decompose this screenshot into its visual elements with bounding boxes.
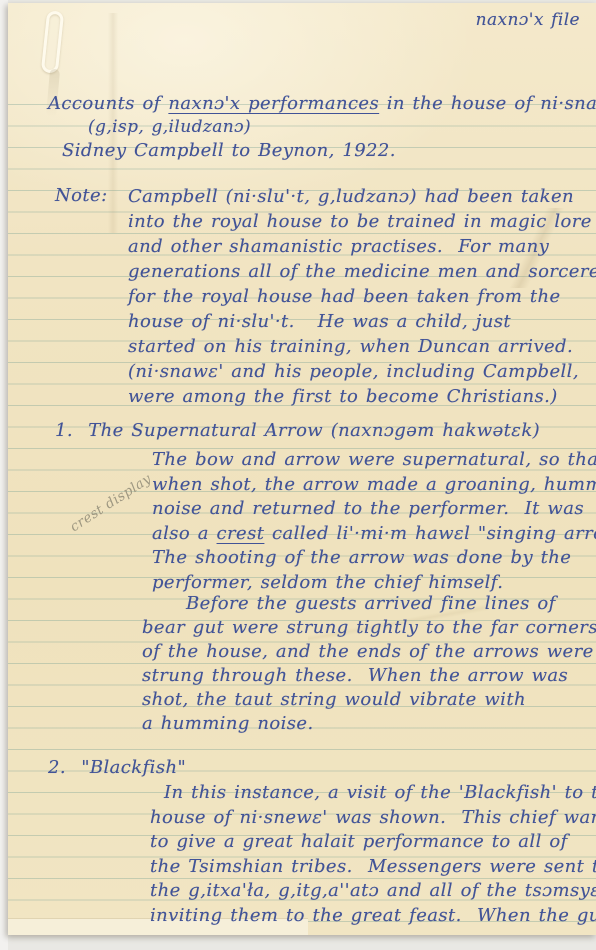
document-title: Accounts of naxnɔ'x performances in the … [48, 93, 596, 114]
document-subtitle: (g,isp, g,iludzanɔ) [88, 117, 251, 137]
section-2-heading: 2. "Blackfish" [48, 757, 186, 778]
document-attribution: Sidney Campbell to Beynon, 1922. [62, 140, 396, 161]
crest-underlined-text: crest [217, 523, 265, 544]
manuscript-page: naxnɔ'x file Accounts of naxnɔ'x perform… [8, 3, 596, 935]
note-label: Note: [55, 185, 108, 206]
title-underlined-text: naxnɔ'x performances [168, 93, 379, 114]
paperclip-mark [41, 10, 64, 73]
title-text: in the house of ni·snawɛ' [379, 93, 596, 114]
section-1-paragraph-2: Before the guests arrived fine lines of … [142, 592, 596, 736]
section-1-heading: 1. The Supernatural Arrow (naxnɔgəm hakw… [55, 420, 540, 441]
file-label: naxnɔ'x file [476, 10, 580, 30]
note-paragraph: Campbell (ni·slu'·t, g,ludzanɔ) had been… [128, 184, 596, 409]
title-text: Accounts of [48, 93, 168, 114]
section-2-paragraph: In this instance, a visit of the 'Blackf… [150, 781, 596, 928]
section-1-paragraph-1: The bow and arrow were supernatural, so … [152, 448, 596, 595]
